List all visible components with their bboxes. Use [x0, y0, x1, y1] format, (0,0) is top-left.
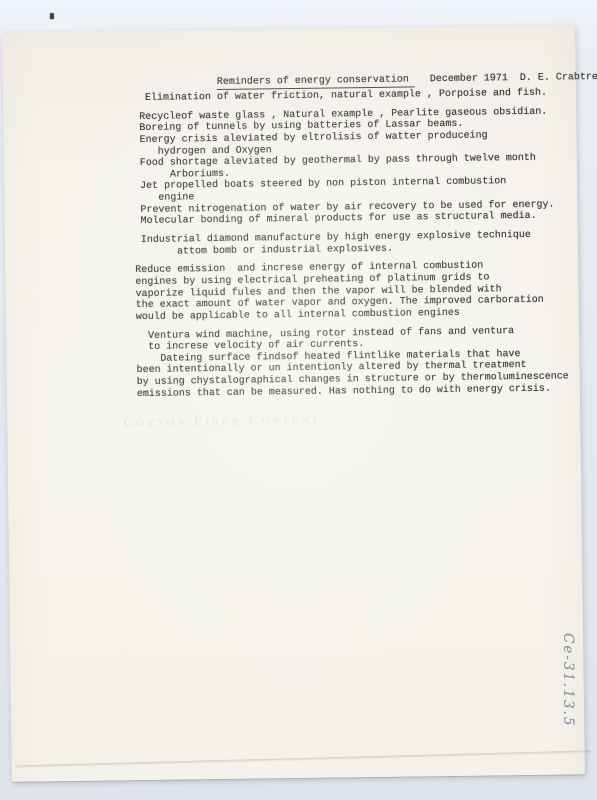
- paper-watermark: Cotton Fiber Content: [123, 412, 383, 431]
- document-title: Reminders of energy conservation: [217, 74, 415, 90]
- paper-bottom-shadow: [16, 750, 591, 768]
- scanned-document-stage: Reminders of energy conservationDecember…: [0, 0, 597, 800]
- handwritten-catalog-number: Ce-31.13.5: [560, 633, 576, 755]
- paper-sheet: Reminders of energy conservationDecember…: [2, 25, 585, 781]
- document-author: D. E. Crabtree: [520, 72, 597, 84]
- staple-mark: [50, 13, 54, 19]
- typed-body-text: Elimination of water friction, natural e…: [127, 87, 574, 400]
- document-date: December 1971: [430, 73, 508, 85]
